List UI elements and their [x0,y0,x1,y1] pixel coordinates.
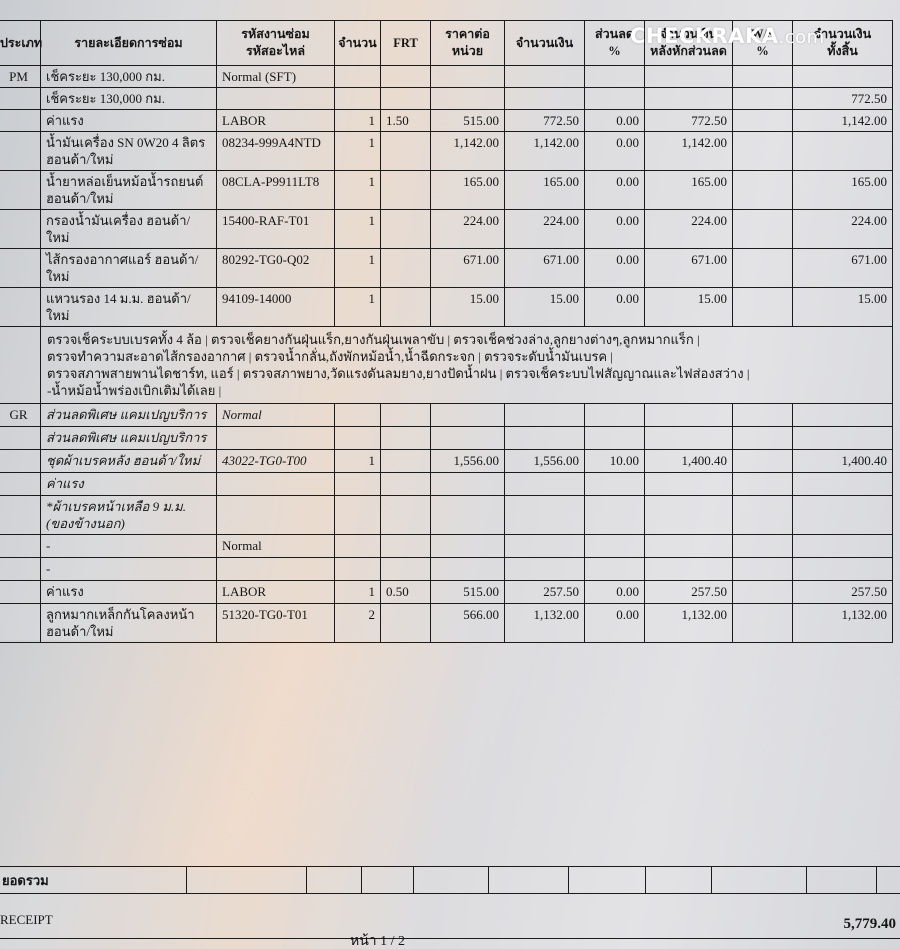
cell-unit: 515.00 [431,110,505,132]
cell-unit [431,427,505,450]
cell-qty: 1 [335,450,381,473]
cell-total: 15.00 [793,288,893,327]
cell-disc [585,427,645,450]
cell-desc: แหวนรอง 14 ม.ม. ฮอนด้า/ใหม่ [41,288,217,327]
table-row: - [0,558,893,581]
table-row: ค่าแรง [0,473,893,496]
cell-code: 15400-RAF-T01 [217,210,335,249]
cell-qty: 1 [335,210,381,249]
table-row: เช็คระยะ 130,000 กม.772.50 [0,88,893,110]
cell-amount: 1,556.00 [505,450,585,473]
cell-amount: 1,142.00 [505,132,585,171]
cell-frt [381,66,431,88]
subtotal-row: ยอดรวม [0,866,900,894]
cell-amount: 1,132.00 [505,604,585,643]
cell-total: 224.00 [793,210,893,249]
row-type [0,210,41,249]
cell-disc: 10.00 [585,450,645,473]
row-type [0,132,41,171]
cell-disc [585,535,645,558]
cell-ws [733,66,793,88]
cell-frt: 1.50 [381,110,431,132]
cell-code: Normal (SFT) [217,66,335,88]
cell-qty: 1 [335,288,381,327]
section-extra: -Normal-ค่าแรงLABOR10.50515.00257.500.00… [0,535,893,643]
cell-disc [585,66,645,88]
cell-ws [733,404,793,427]
cell-amount [505,535,585,558]
cell-unit: 671.00 [431,249,505,288]
cell-ws [733,249,793,288]
cell-disc [585,404,645,427]
cell-total [793,558,893,581]
cell-frt [381,88,431,110]
cell-frt [381,535,431,558]
cell-unit: 515.00 [431,581,505,604]
header-frt: FRT [381,21,431,66]
cell-disc [585,88,645,110]
row-type [0,427,41,450]
cell-desc: ค่าแรง [41,473,217,496]
cell-net [645,66,733,88]
cell-ws [733,535,793,558]
cell-disc: 0.00 [585,210,645,249]
cell-total [793,535,893,558]
cell-disc: 0.00 [585,132,645,171]
cell-disc: 0.00 [585,604,645,643]
row-type [0,288,41,327]
cell-amount: 772.50 [505,110,585,132]
cell-unit [431,404,505,427]
cell-code: 51320-TG0-T01 [217,604,335,643]
cell-unit [431,496,505,535]
cell-amount: 224.00 [505,210,585,249]
cell-qty: 2 [335,604,381,643]
cell-code [217,427,335,450]
row-type [0,88,41,110]
header-unit-price: ราคาต่อหน่วย [431,21,505,66]
cell-desc: ส่วนลดพิเศษ แคมเปญบริการ [41,427,217,450]
cell-code: LABOR [217,110,335,132]
cell-qty [335,558,381,581]
cell-frt [381,171,431,210]
cell-code: 08CLA-P9911LT8 [217,171,335,210]
cell-frt [381,604,431,643]
cell-total [793,132,893,171]
cell-frt [381,427,431,450]
cell-unit: 224.00 [431,210,505,249]
cell-qty [335,473,381,496]
cell-desc: กรองน้ำมันเครื่อง ฮอนด้า/ใหม่ [41,210,217,249]
cell-frt [381,496,431,535]
cell-desc: น้ำยาหล่อเย็นหม้อน้ำรถยนต์ ฮอนด้า/ใหม่ [41,171,217,210]
cell-total: 1,132.00 [793,604,893,643]
cell-net: 1,132.00 [645,604,733,643]
cell-code [217,88,335,110]
cell-net: 1,400.40 [645,450,733,473]
cell-net: 165.00 [645,171,733,210]
cell-code: 08234-999A4NTD [217,132,335,171]
service-invoice-page: ประเภท รายละเอียดการซ่อม รหัสงานซ่อมรหัส… [0,0,900,949]
table-row: ชุดผ้าเบรคหลัง ฮอนด้า/ใหม่43022-TG0-T001… [0,450,893,473]
cell-total: 671.00 [793,249,893,288]
cell-qty: 1 [335,110,381,132]
cell-code [217,496,335,535]
table-row: แหวนรอง 14 ม.ม. ฮอนด้า/ใหม่94109-1400011… [0,288,893,327]
cell-amount [505,404,585,427]
cell-qty [335,427,381,450]
cell-ws [733,110,793,132]
cell-disc [585,473,645,496]
receipt-label: RECEIPT [0,912,53,928]
cell-qty: 1 [335,132,381,171]
table-row: ลูกหมากเหล็กกันโคลงหน้า ฮอนด้า/ใหม่51320… [0,604,893,643]
row-type [0,171,41,210]
cell-disc: 0.00 [585,110,645,132]
page-number: หน้า 1 / 2 [350,930,405,949]
cell-desc: ชุดผ้าเบรคหลัง ฮอนด้า/ใหม่ [41,450,217,473]
cell-frt [381,450,431,473]
cell-desc: ส่วนลดพิเศษ แคมเปญบริการ [41,404,217,427]
cell-disc: 0.00 [585,288,645,327]
cell-qty [335,496,381,535]
cell-qty [335,535,381,558]
cell-code: Normal [217,535,335,558]
cell-frt: 0.50 [381,581,431,604]
row-type [0,110,41,132]
cell-total [793,496,893,535]
cell-amount: 671.00 [505,249,585,288]
cell-ws [733,210,793,249]
inspection-notes: ตรวจเช็คระบบเบรคทั้ง 4 ล้อ | ตรวจเช็คยาง… [41,327,893,404]
table-row: กรองน้ำมันเครื่อง ฮอนด้า/ใหม่15400-RAF-T… [0,210,893,249]
table-row: -Normal [0,535,893,558]
cell-net: 224.00 [645,210,733,249]
cell-ws [733,132,793,171]
cell-ws [733,450,793,473]
table-row: GRส่วนลดพิเศษ แคมเปญบริการNormal [0,404,893,427]
table-row: *ผ้าเบรคหน้าเหลือ 9 ม.ม.(ของข้างนอก) [0,496,893,535]
cell-qty: 1 [335,581,381,604]
cell-unit [431,558,505,581]
cell-unit: 165.00 [431,171,505,210]
cell-unit [431,88,505,110]
cell-disc [585,558,645,581]
table-row: ค่าแรงLABOR10.50515.00257.500.00257.5025… [0,581,893,604]
cell-amount [505,427,585,450]
table-row: PMเช็คระยะ 130,000 กม.Normal (SFT) [0,66,893,88]
cell-net [645,496,733,535]
grand-total-line [0,938,900,939]
cell-disc: 0.00 [585,171,645,210]
subtotal-label: ยอดรวม [0,867,187,894]
cell-frt [381,132,431,171]
cell-net [645,535,733,558]
cell-net: 257.50 [645,581,733,604]
row-type [0,604,41,643]
cell-desc: เช็คระยะ 130,000 กม. [41,66,217,88]
row-type [0,249,41,288]
cell-disc [585,496,645,535]
row-type: PM [0,66,41,88]
section-gr: GRส่วนลดพิเศษ แคมเปญบริการNormalส่วนลดพิ… [0,404,893,535]
cell-frt [381,249,431,288]
section-pm-notes: ตรวจเช็คระบบเบรคทั้ง 4 ล้อ | ตรวจเช็คยาง… [0,327,893,404]
table-row: น้ำยาหล่อเย็นหม้อน้ำรถยนต์ ฮอนด้า/ใหม่08… [0,171,893,210]
cell-ws [733,558,793,581]
watermark-logo: CHECKRAKA.com [630,24,825,48]
cell-code: 94109-14000 [217,288,335,327]
cell-qty [335,404,381,427]
cell-frt [381,288,431,327]
cell-unit [431,535,505,558]
cell-amount [505,66,585,88]
cell-frt [381,404,431,427]
table-row: ไส้กรองอากาศแอร์ ฮอนด้า/ใหม่80292-TG0-Q0… [0,249,893,288]
cell-total: 165.00 [793,171,893,210]
cell-total: 257.50 [793,581,893,604]
row-type [0,473,41,496]
service-items-table: ประเภท รายละเอียดการซ่อม รหัสงานซ่อมรหัส… [0,20,893,643]
cell-desc: *ผ้าเบรคหน้าเหลือ 9 ม.ม.(ของข้างนอก) [41,496,217,535]
cell-ws [733,427,793,450]
cell-unit: 15.00 [431,288,505,327]
cell-unit: 1,556.00 [431,450,505,473]
cell-net [645,473,733,496]
cell-net: 1,142.00 [645,132,733,171]
cell-net [645,88,733,110]
cell-qty [335,88,381,110]
row-type [0,558,41,581]
cell-unit [431,473,505,496]
cell-amount [505,558,585,581]
section-pm: PMเช็คระยะ 130,000 กม.Normal (SFT)เช็คระ… [0,66,893,327]
paper-shadow [0,640,900,870]
cell-total: 1,400.40 [793,450,893,473]
cell-code [217,473,335,496]
row-type: GR [0,404,41,427]
cell-net: 15.00 [645,288,733,327]
cell-unit: 566.00 [431,604,505,643]
cell-total [793,473,893,496]
cell-code: LABOR [217,581,335,604]
cell-desc: น้ำมันเครื่อง SN 0W20 4 ลิตร ฮอนด้า/ใหม่ [41,132,217,171]
header-type: ประเภท [0,21,41,66]
cell-desc: ค่าแรง [41,581,217,604]
cell-net: 772.50 [645,110,733,132]
cell-net [645,558,733,581]
cell-code [217,558,335,581]
cell-desc: - [41,535,217,558]
cell-net [645,404,733,427]
header-code: รหัสงานซ่อมรหัสอะไหล่ [217,21,335,66]
table-row: น้ำมันเครื่อง SN 0W20 4 ลิตร ฮอนด้า/ใหม่… [0,132,893,171]
cell-amount [505,496,585,535]
cell-disc: 0.00 [585,581,645,604]
table-row: ค่าแรงLABOR11.50515.00772.500.00772.501,… [0,110,893,132]
cell-amount [505,473,585,496]
table-row: ส่วนลดพิเศษ แคมเปญบริการ [0,427,893,450]
grand-total: 5,779.40 [844,916,897,933]
cell-total: 1,142.00 [793,110,893,132]
cell-qty: 1 [335,249,381,288]
header-amount: จำนวนเงิน [505,21,585,66]
cell-amount: 15.00 [505,288,585,327]
cell-code: Normal [217,404,335,427]
header-description: รายละเอียดการซ่อม [41,21,217,66]
cell-ws [733,496,793,535]
cell-ws [733,473,793,496]
row-type [0,496,41,535]
cell-net [645,427,733,450]
cell-unit: 1,142.00 [431,132,505,171]
row-type [0,535,41,558]
cell-frt [381,473,431,496]
cell-desc: ลูกหมากเหล็กกันโคลงหน้า ฮอนด้า/ใหม่ [41,604,217,643]
cell-total [793,404,893,427]
cell-desc: ไส้กรองอากาศแอร์ ฮอนด้า/ใหม่ [41,249,217,288]
cell-ws [733,581,793,604]
cell-ws [733,288,793,327]
cell-amount [505,88,585,110]
cell-disc: 0.00 [585,249,645,288]
cell-ws [733,171,793,210]
cell-total [793,66,893,88]
cell-net: 671.00 [645,249,733,288]
header-qty: จำนวน [335,21,381,66]
cell-desc: - [41,558,217,581]
row-type [0,581,41,604]
cell-qty [335,66,381,88]
cell-code: 43022-TG0-T00 [217,450,335,473]
cell-ws [733,604,793,643]
cell-qty: 1 [335,171,381,210]
cell-ws [733,88,793,110]
cell-code: 80292-TG0-Q02 [217,249,335,288]
cell-unit [431,66,505,88]
cell-frt [381,558,431,581]
cell-amount: 257.50 [505,581,585,604]
cell-desc: ค่าแรง [41,110,217,132]
cell-frt [381,210,431,249]
row-type [0,450,41,473]
cell-total: 772.50 [793,88,893,110]
cell-desc: เช็คระยะ 130,000 กม. [41,88,217,110]
cell-total [793,427,893,450]
cell-amount: 165.00 [505,171,585,210]
